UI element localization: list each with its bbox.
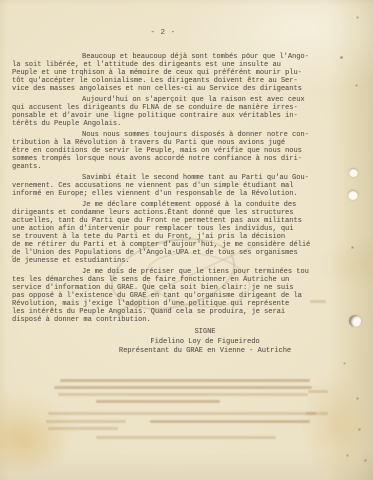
body-paragraph: Je me dois de préciser que le tiens pour… [12, 269, 314, 324]
body-paragraph: Aujourd'hui on s'aperçoit que la raison … [12, 97, 314, 129]
paper-stain [300, 370, 370, 480]
punch-hole [349, 168, 358, 177]
paper-specks [0, 0, 1, 1]
body-paragraph: Nous nous sommes toujours disposés à don… [12, 132, 314, 172]
signature-name: Fidelino Loy de Figueiredo [96, 338, 314, 348]
body-paragraph: Beaucoup et beaucoup déjà sont tombés pö… [12, 54, 314, 94]
punch-hole [348, 190, 358, 200]
scanned-page: - 2 - Beaucoup et beaucoup déjà sont tom… [0, 0, 373, 480]
signature-block: SIGNE Fidelino Loy de Figueiredo Représe… [12, 328, 314, 357]
page-number: - 2 - [12, 29, 314, 37]
signature-signe: SIGNE [96, 328, 314, 338]
signature-title: Représentant du GRAE en Vienne - Autrich… [96, 347, 314, 357]
punch-hole [349, 315, 361, 327]
paper-stain [0, 415, 70, 475]
body-paragraph: Savimbi était le second homme tant au Pa… [12, 175, 314, 199]
body-paragraph: Je me déclare complétement opposé à la c… [12, 202, 314, 265]
letter-body: Beaucoup et beaucoup déjà sont tombés pö… [12, 54, 314, 357]
